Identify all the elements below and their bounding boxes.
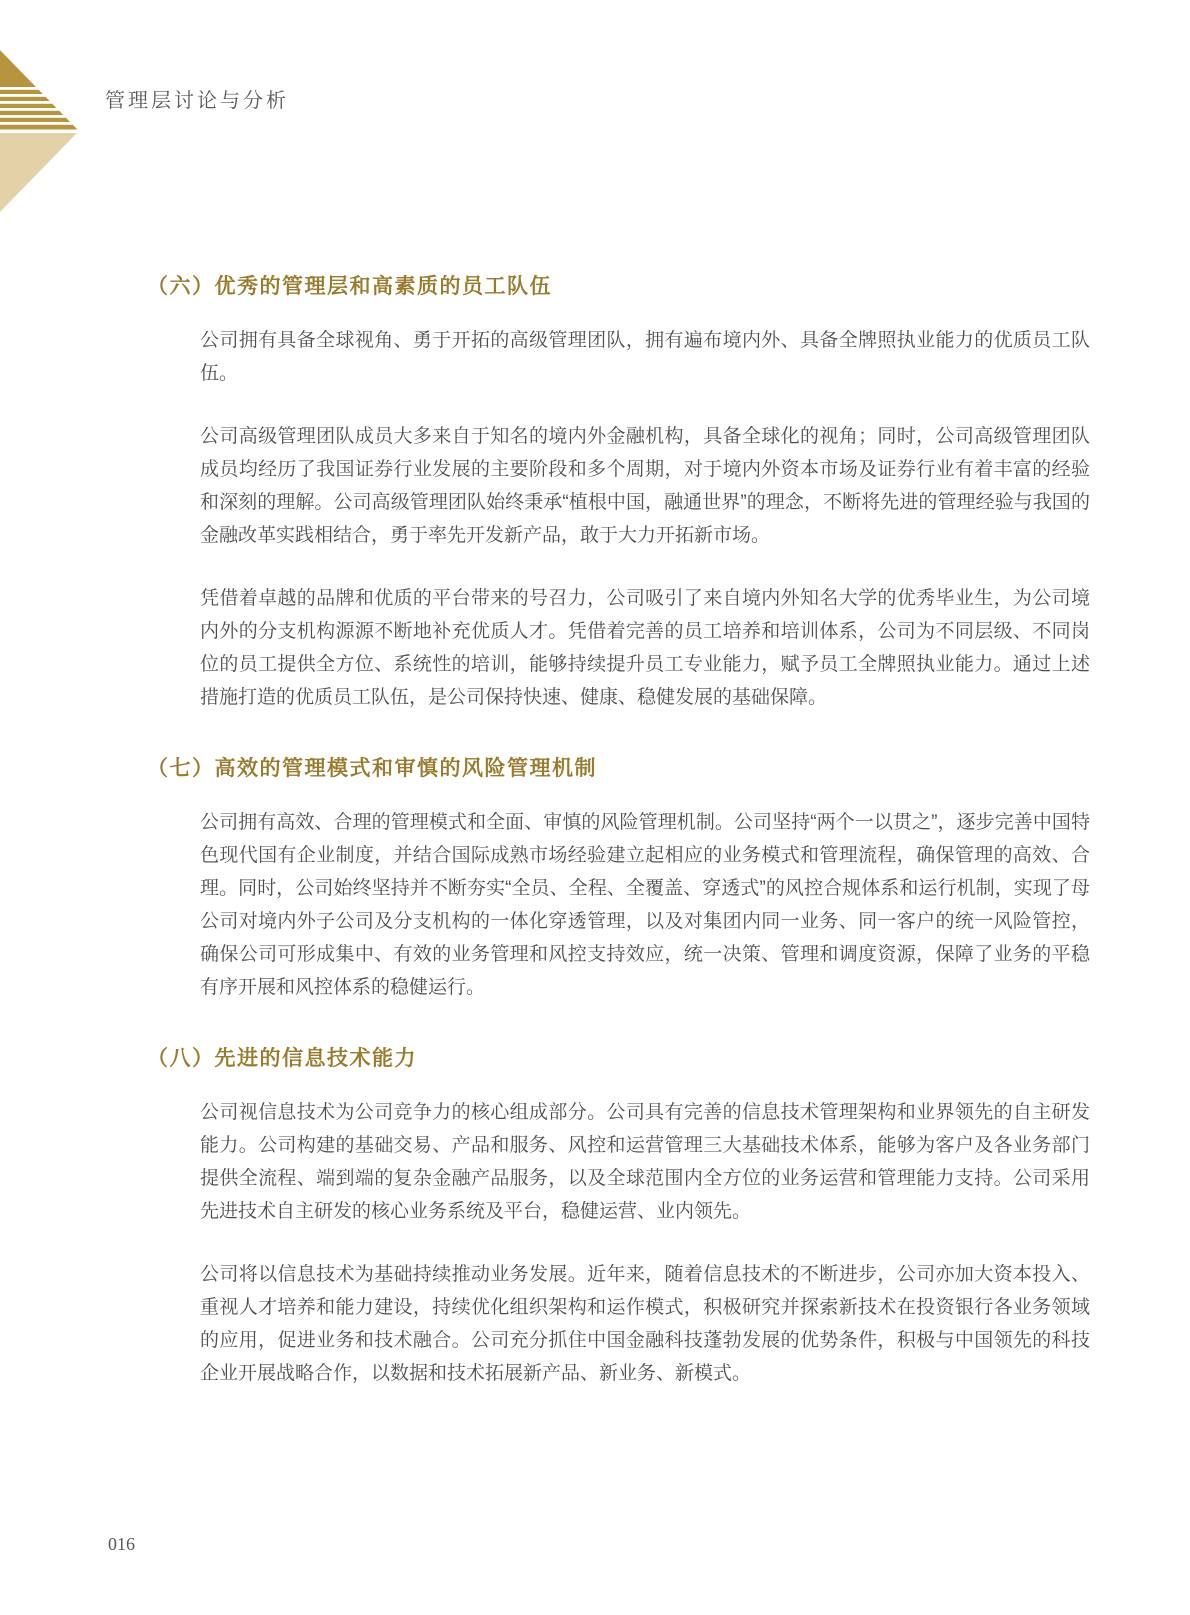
section-7-heading: （七）高效的管理模式和审慎的风险管理机制 [147,752,1092,782]
body-paragraph: 凭借着卓越的品牌和优质的平台带来的号召力，公司吸引了来自境内外知名大学的优秀毕业… [200,582,1090,714]
triangle-bottom-half [0,131,79,212]
running-header-title: 管理层讨论与分析 [105,84,289,113]
corner-triangle-decoration [0,50,80,212]
body-paragraph: 公司视信息技术为公司竞争力的核心组成部分。公司具有完善的信息技术管理架构和业界领… [200,1096,1090,1228]
body-paragraph: 公司高级管理团队成员大多来自于知名的境内外金融机构，具备全球化的视角；同时，公司… [200,420,1090,552]
section-6: （六）优秀的管理层和高素质的员工队伍 公司拥有具备全球视角、勇于开拓的高级管理团… [147,270,1092,714]
body-paragraph: 公司拥有高效、合理的管理模式和全面、审慎的风险管理机制。公司坚持“两个一以贯之”… [200,806,1090,1004]
body-paragraph: 公司拥有具备全球视角、勇于开拓的高级管理团队，拥有遍布境内外、具备全牌照执业能力… [200,324,1090,390]
section-8-heading: （八）先进的信息技术能力 [147,1042,1092,1072]
report-page: 管理层讨论与分析 （六）优秀的管理层和高素质的员工队伍 公司拥有具备全球视角、勇… [0,0,1190,1615]
body-paragraph: 公司将以信息技术为基础持续推动业务发展。近年来，随着信息技术的不断进步，公司亦加… [200,1258,1090,1390]
triangle-top-half [0,50,79,131]
section-7: （七）高效的管理模式和审慎的风险管理机制 公司拥有高效、合理的管理模式和全面、审… [147,752,1092,1004]
page-number: 016 [108,1534,135,1555]
section-6-heading: （六）优秀的管理层和高素质的员工队伍 [147,270,1092,300]
triangle-icon [0,50,80,212]
content-area: （六）优秀的管理层和高素质的员工队伍 公司拥有具备全球视角、勇于开拓的高级管理团… [147,270,1092,1420]
section-8: （八）先进的信息技术能力 公司视信息技术为公司竞争力的核心组成部分。公司具有完善… [147,1042,1092,1390]
